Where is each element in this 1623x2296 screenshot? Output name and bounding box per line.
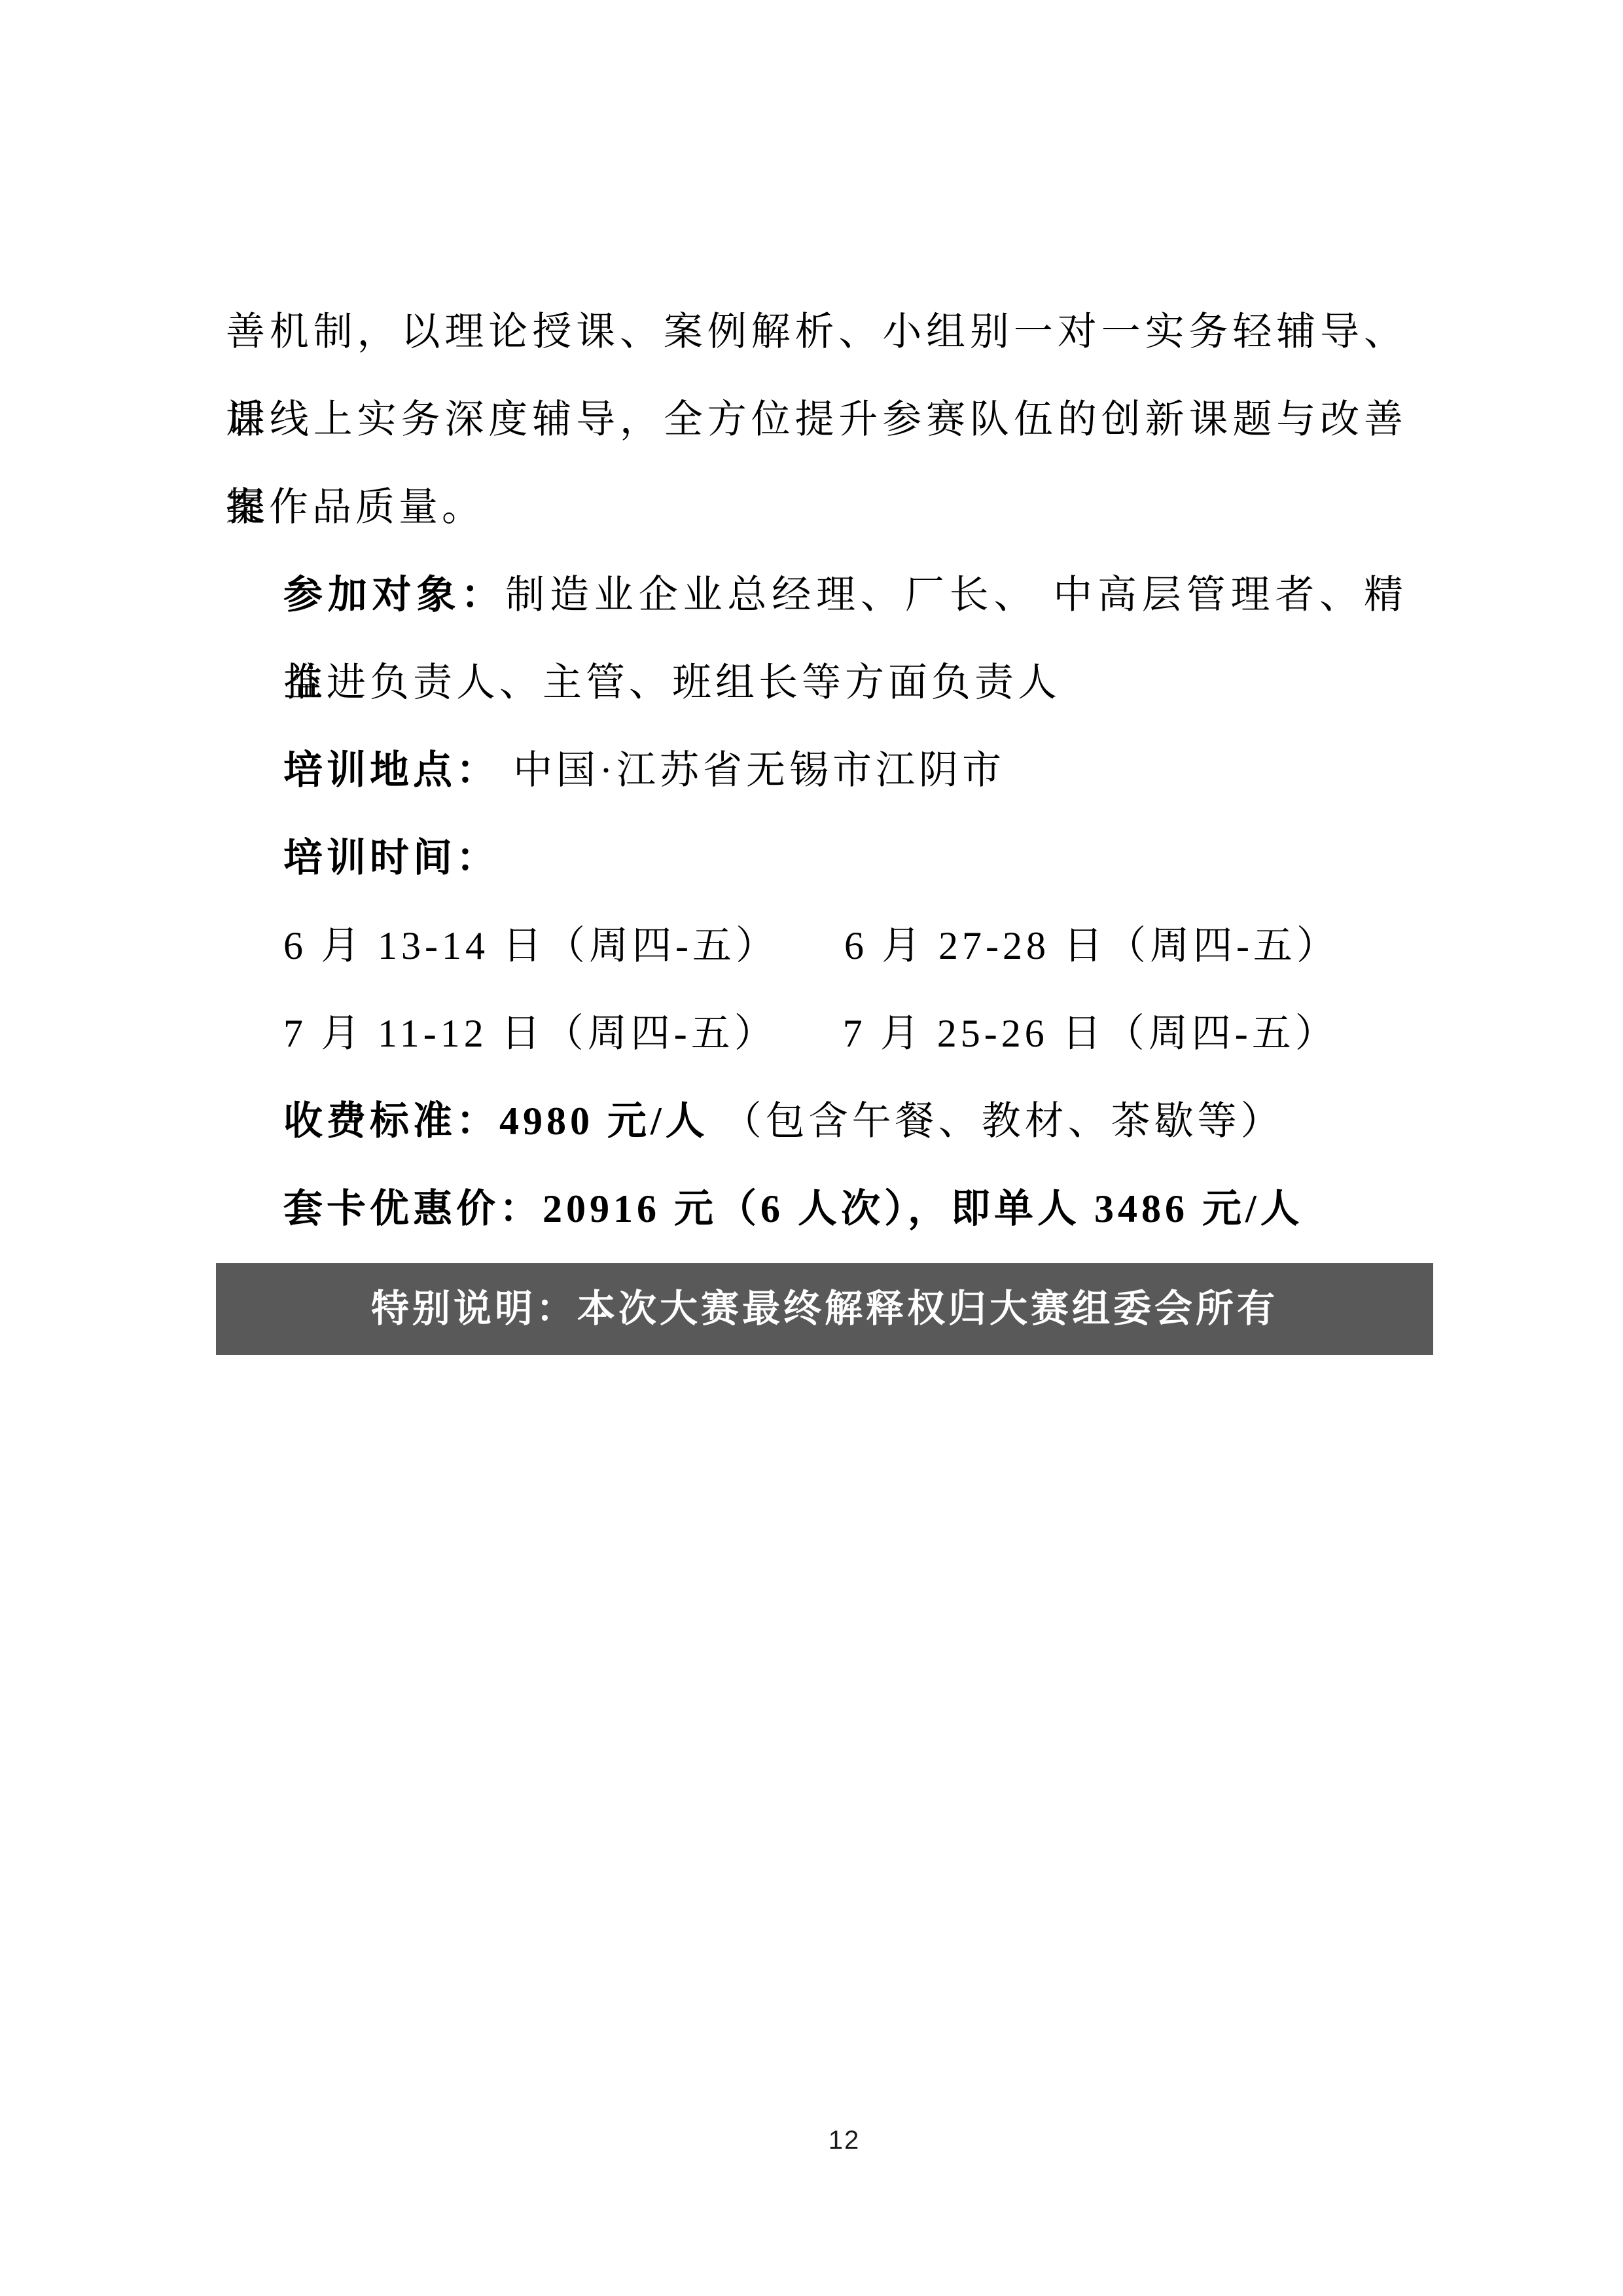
page-content: 善机制，以理论授课、案例解析、小组别一对一实务轻辅导、课 后线上实务深度辅导，全…	[226, 288, 1407, 1355]
paragraph-line-3: 案作品质量。	[226, 463, 1407, 551]
location-label: 培训地点：	[283, 749, 499, 792]
special-note-bar: 特别说明：本次大赛最终解释权归大赛组委会所有	[216, 1263, 1433, 1355]
special-note-text: 特别说明：本次大赛最终解释权归大赛组委会所有	[371, 1263, 1278, 1355]
audience-line-2: 推进负责人、主管、班组长等方面负责人	[226, 639, 1407, 726]
schedule-row-2: 7 月 11-12 日（周四-五）7 月 25-26 日（周四-五）	[226, 990, 1407, 1077]
document-page: 善机制，以理论授课、案例解析、小组别一对一实务轻辅导、课 后线上实务深度辅导，全…	[0, 0, 1623, 2296]
schedule-row-1: 6 月 13-14 日（周四-五）6 月 27-28 日（周四-五）	[226, 902, 1407, 990]
page-number: 12	[33, 2126, 1623, 2155]
paragraph-line-1: 善机制，以理论授课、案例解析、小组别一对一实务轻辅导、课	[226, 288, 1407, 376]
fee-line: 收费标准：4980 元/人 （包含午餐、教材、茶歇等）	[226, 1077, 1407, 1165]
audience-label: 参加对象：	[283, 573, 505, 617]
schedule-gap	[779, 958, 844, 959]
fee-note: （包含午餐、教材、茶歇等）	[709, 1100, 1284, 1143]
package-price-line: 套卡优惠价：20916 元（6 人次），即单人 3486 元/人	[226, 1165, 1407, 1253]
schedule-session-1: 6 月 13-14 日（周四-五）	[283, 924, 779, 967]
location-value: 中国·江苏省无锡市江阴市	[499, 749, 1005, 792]
schedule-gap	[777, 1046, 843, 1047]
location-line: 培训地点： 中国·江苏省无锡市江阴市	[226, 726, 1407, 814]
fee-label: 收费标准：4980 元/人	[283, 1100, 709, 1143]
schedule-session-3: 7 月 11-12 日（周四-五）	[283, 1012, 777, 1055]
paragraph-line-2: 后线上实务深度辅导，全方位提升参赛队伍的创新课题与改善提	[226, 376, 1407, 463]
audience-line-1: 参加对象：制造业企业总经理、厂长、 中高层管理者、精益	[226, 551, 1407, 639]
schedule-session-2: 6 月 27-28 日（周四-五）	[844, 924, 1340, 967]
schedule-session-4: 7 月 25-26 日（周四-五）	[843, 1012, 1338, 1055]
schedule-label: 培训时间：	[226, 814, 1407, 902]
